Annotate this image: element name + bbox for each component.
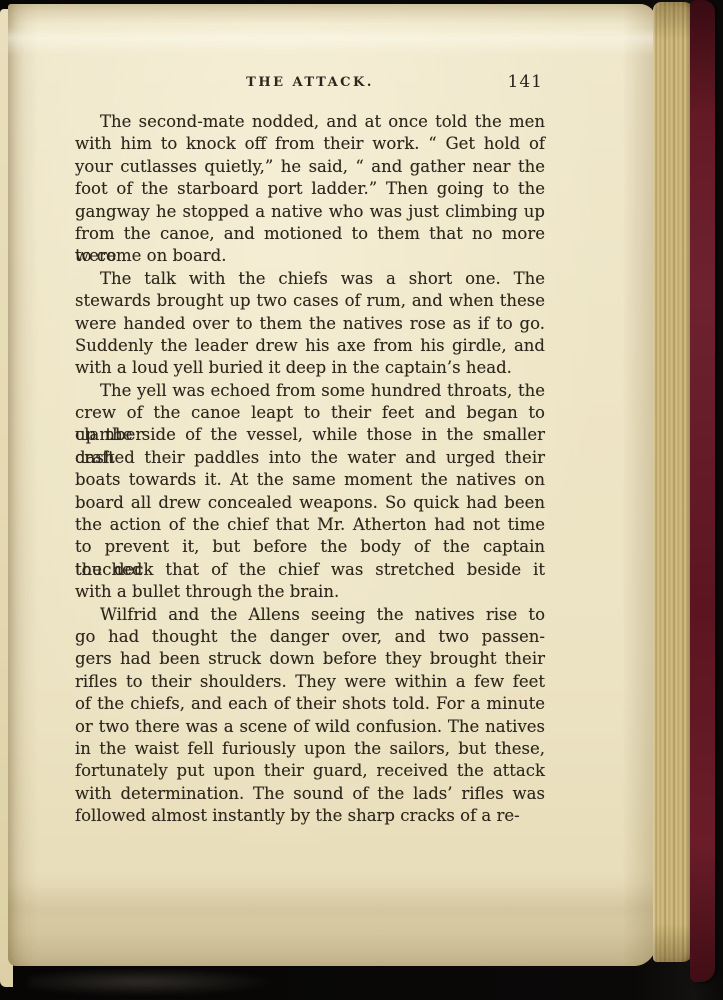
text-line: or two there was a scene of wild confusi…	[75, 716, 545, 738]
text-line: crew of the canoe leapt to their feet an…	[75, 402, 545, 424]
text-line: The second-mate nodded, and at once told…	[75, 111, 545, 133]
text-line: boats towards it. At the same moment the…	[75, 469, 545, 491]
text-line: with a loud yell buried it deep in the c…	[75, 357, 545, 379]
text-line: The talk with the chiefs was a short one…	[75, 268, 545, 290]
book-cover-spine	[690, 0, 715, 982]
text-line: go had thought the danger over, and two …	[75, 626, 545, 648]
book-page: THE ATTACK. 141 The second-mate nodded, …	[8, 4, 656, 966]
page-body: The second-mate nodded, and at once told…	[75, 111, 545, 828]
text-line: foot of the starboard port ladder.” Then…	[75, 178, 545, 200]
text-line: to prevent it, but before the body of th…	[75, 536, 545, 558]
text-line: were handed over to them the natives ros…	[75, 313, 545, 335]
book-scan: THE ATTACK. 141 The second-mate nodded, …	[0, 0, 723, 1000]
page-edge-stack	[653, 2, 694, 962]
text-line: up the side of the vessel, while those i…	[75, 424, 545, 446]
page-number: 141	[508, 72, 543, 92]
text-line: of the chiefs, and each of their shots t…	[75, 693, 545, 715]
page-header: THE ATTACK. 141	[75, 75, 545, 97]
text-line: Suddenly the leader drew his axe from hi…	[75, 335, 545, 357]
text-line: the action of the chief that Mr. Atherto…	[75, 514, 545, 536]
text-line: in the waist fell furiously upon the sai…	[75, 738, 545, 760]
text-line: with a bullet through the brain.	[75, 581, 545, 603]
text-line: stewards brought up two cases of rum, an…	[75, 290, 545, 312]
text-line: with determination. The sound of the lad…	[75, 783, 545, 805]
text-line: followed almost instantly by the sharp c…	[75, 805, 545, 827]
text-line: from the canoe, and motioned to them tha…	[75, 223, 545, 245]
text-line: your cutlasses quietly,” he said, “ and …	[75, 156, 545, 178]
text-line: rifles to their shoulders. They were wit…	[75, 671, 545, 693]
scan-shadow	[28, 968, 278, 996]
text-line: board all drew concealed weapons. So qui…	[75, 492, 545, 514]
text-line: fortunately put upon their guard, receiv…	[75, 760, 545, 782]
text-line: with him to knock off from their work. “…	[75, 133, 545, 155]
running-title: THE ATTACK.	[75, 75, 545, 90]
text-line: gangway he stopped a native who was just…	[75, 201, 545, 223]
text-line: gers had been struck down before they br…	[75, 648, 545, 670]
text-line: to come on board.	[75, 245, 545, 267]
text-line: Wilfrid and the Allens seeing the native…	[75, 604, 545, 626]
text-line: the deck that of the chief was stretched…	[75, 559, 545, 581]
text-line: The yell was echoed from some hundred th…	[75, 380, 545, 402]
text-line: dashed their paddles into the water and …	[75, 447, 545, 469]
